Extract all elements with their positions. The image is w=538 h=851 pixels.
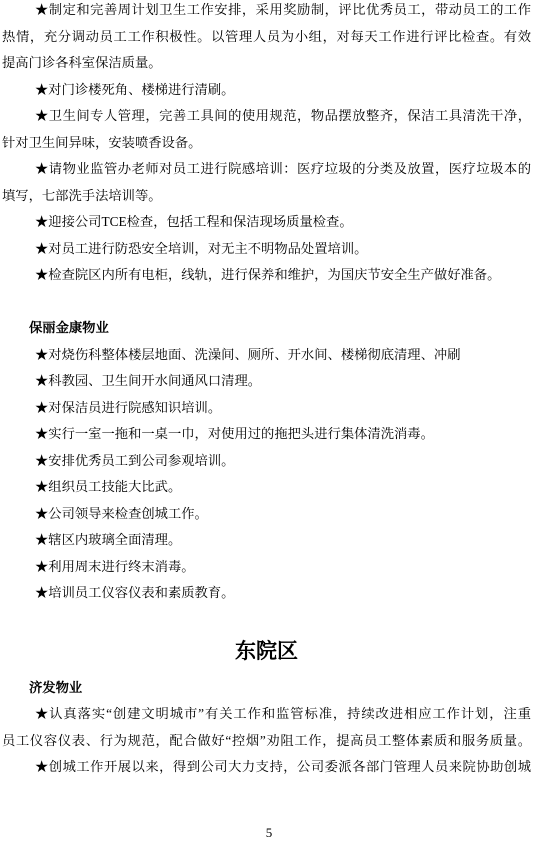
paragraph-line: 填写，七部洗手法培训等。 (2, 183, 531, 210)
paragraph-line: ★对烧伤科整体楼层地面、洗澡间、厕所、开水间、楼梯彻底清理、冲刷 (2, 342, 531, 369)
paragraph-line: ★公司领导来检查创城工作。 (2, 501, 531, 528)
blank-line (2, 289, 531, 316)
paragraph-line: ★迎接公司TCE检查，包括工程和保洁现场质量检查。 (2, 209, 531, 236)
paragraph-line: ★辖区内玻璃全面清理。 (2, 527, 531, 554)
paragraph-line: ★科教园、卫生间开水间通风口清理。 (2, 368, 531, 395)
page-number: 5 (0, 825, 538, 841)
company-name-header: 济发物业 (2, 675, 531, 702)
paragraph-line: ★创城工作开展以来，得到公司大力支持，公司委派各部门管理人员来院协助创城 (2, 754, 531, 781)
paragraph-line: ★请物业监管办老师对员工进行院感培训：医疗垃圾的分类及放置，医疗垃圾本的 (2, 156, 531, 183)
paragraph-line: ★认真落实“创建文明城市”有关工作和监管标准，持续改进相应工作计划，注重 (2, 701, 531, 728)
paragraph-line: ★检查院区内所有电柜，线轨，进行保养和维护，为国庆节安全生产做好准备。 (2, 262, 531, 289)
campus-heading: 东院区 (2, 636, 531, 667)
paragraph-line: ★对员工进行防恐安全培训，对无主不明物品处置培训。 (2, 236, 531, 263)
paragraph-line: 提高门诊各科室保洁质量。 (2, 50, 531, 77)
company-name-header: 保丽金康物业 (2, 315, 531, 342)
paragraph-line: 热情，充分调动员工工作积极性。以管理人员为小组，对每天工作进行评比检查。有效 (2, 24, 531, 51)
paragraph-line: ★对保洁员进行院感知识培训。 (2, 395, 531, 422)
document-page: ★制定和完善周计划卫生工作安排，采用奖励制，评比优秀员工，带动员工的工作 热情，… (0, 0, 538, 851)
paragraph-line: ★利用周末进行终末消毒。 (2, 554, 531, 581)
paragraph-line: 针对卫生间异味，安装喷香设备。 (2, 130, 531, 157)
document-body: ★制定和完善周计划卫生工作安排，采用奖励制，评比优秀员工，带动员工的工作 热情，… (0, 0, 538, 781)
paragraph-line: 员工仪容仪表、行为规范，配合做好“控烟”劝阻工作，提高员工整体素质和服务质量。 (2, 728, 531, 755)
paragraph-line: ★组织员工技能大比武。 (2, 474, 531, 501)
paragraph-line: ★对门诊楼死角、楼梯进行清刷。 (2, 77, 531, 104)
paragraph-line: ★卫生间专人管理，完善工具间的使用规范，物品摆放整齐，保洁工具清洗干净， (2, 103, 531, 130)
paragraph-line: ★安排优秀员工到公司参观培训。 (2, 448, 531, 475)
paragraph-line: ★实行一室一拖和一桌一巾，对使用过的拖把头进行集体清洗消毒。 (2, 421, 531, 448)
paragraph-line: ★培训员工仪容仪表和素质教育。 (2, 580, 531, 607)
paragraph-line: ★制定和完善周计划卫生工作安排，采用奖励制，评比优秀员工，带动员工的工作 (2, 0, 531, 24)
